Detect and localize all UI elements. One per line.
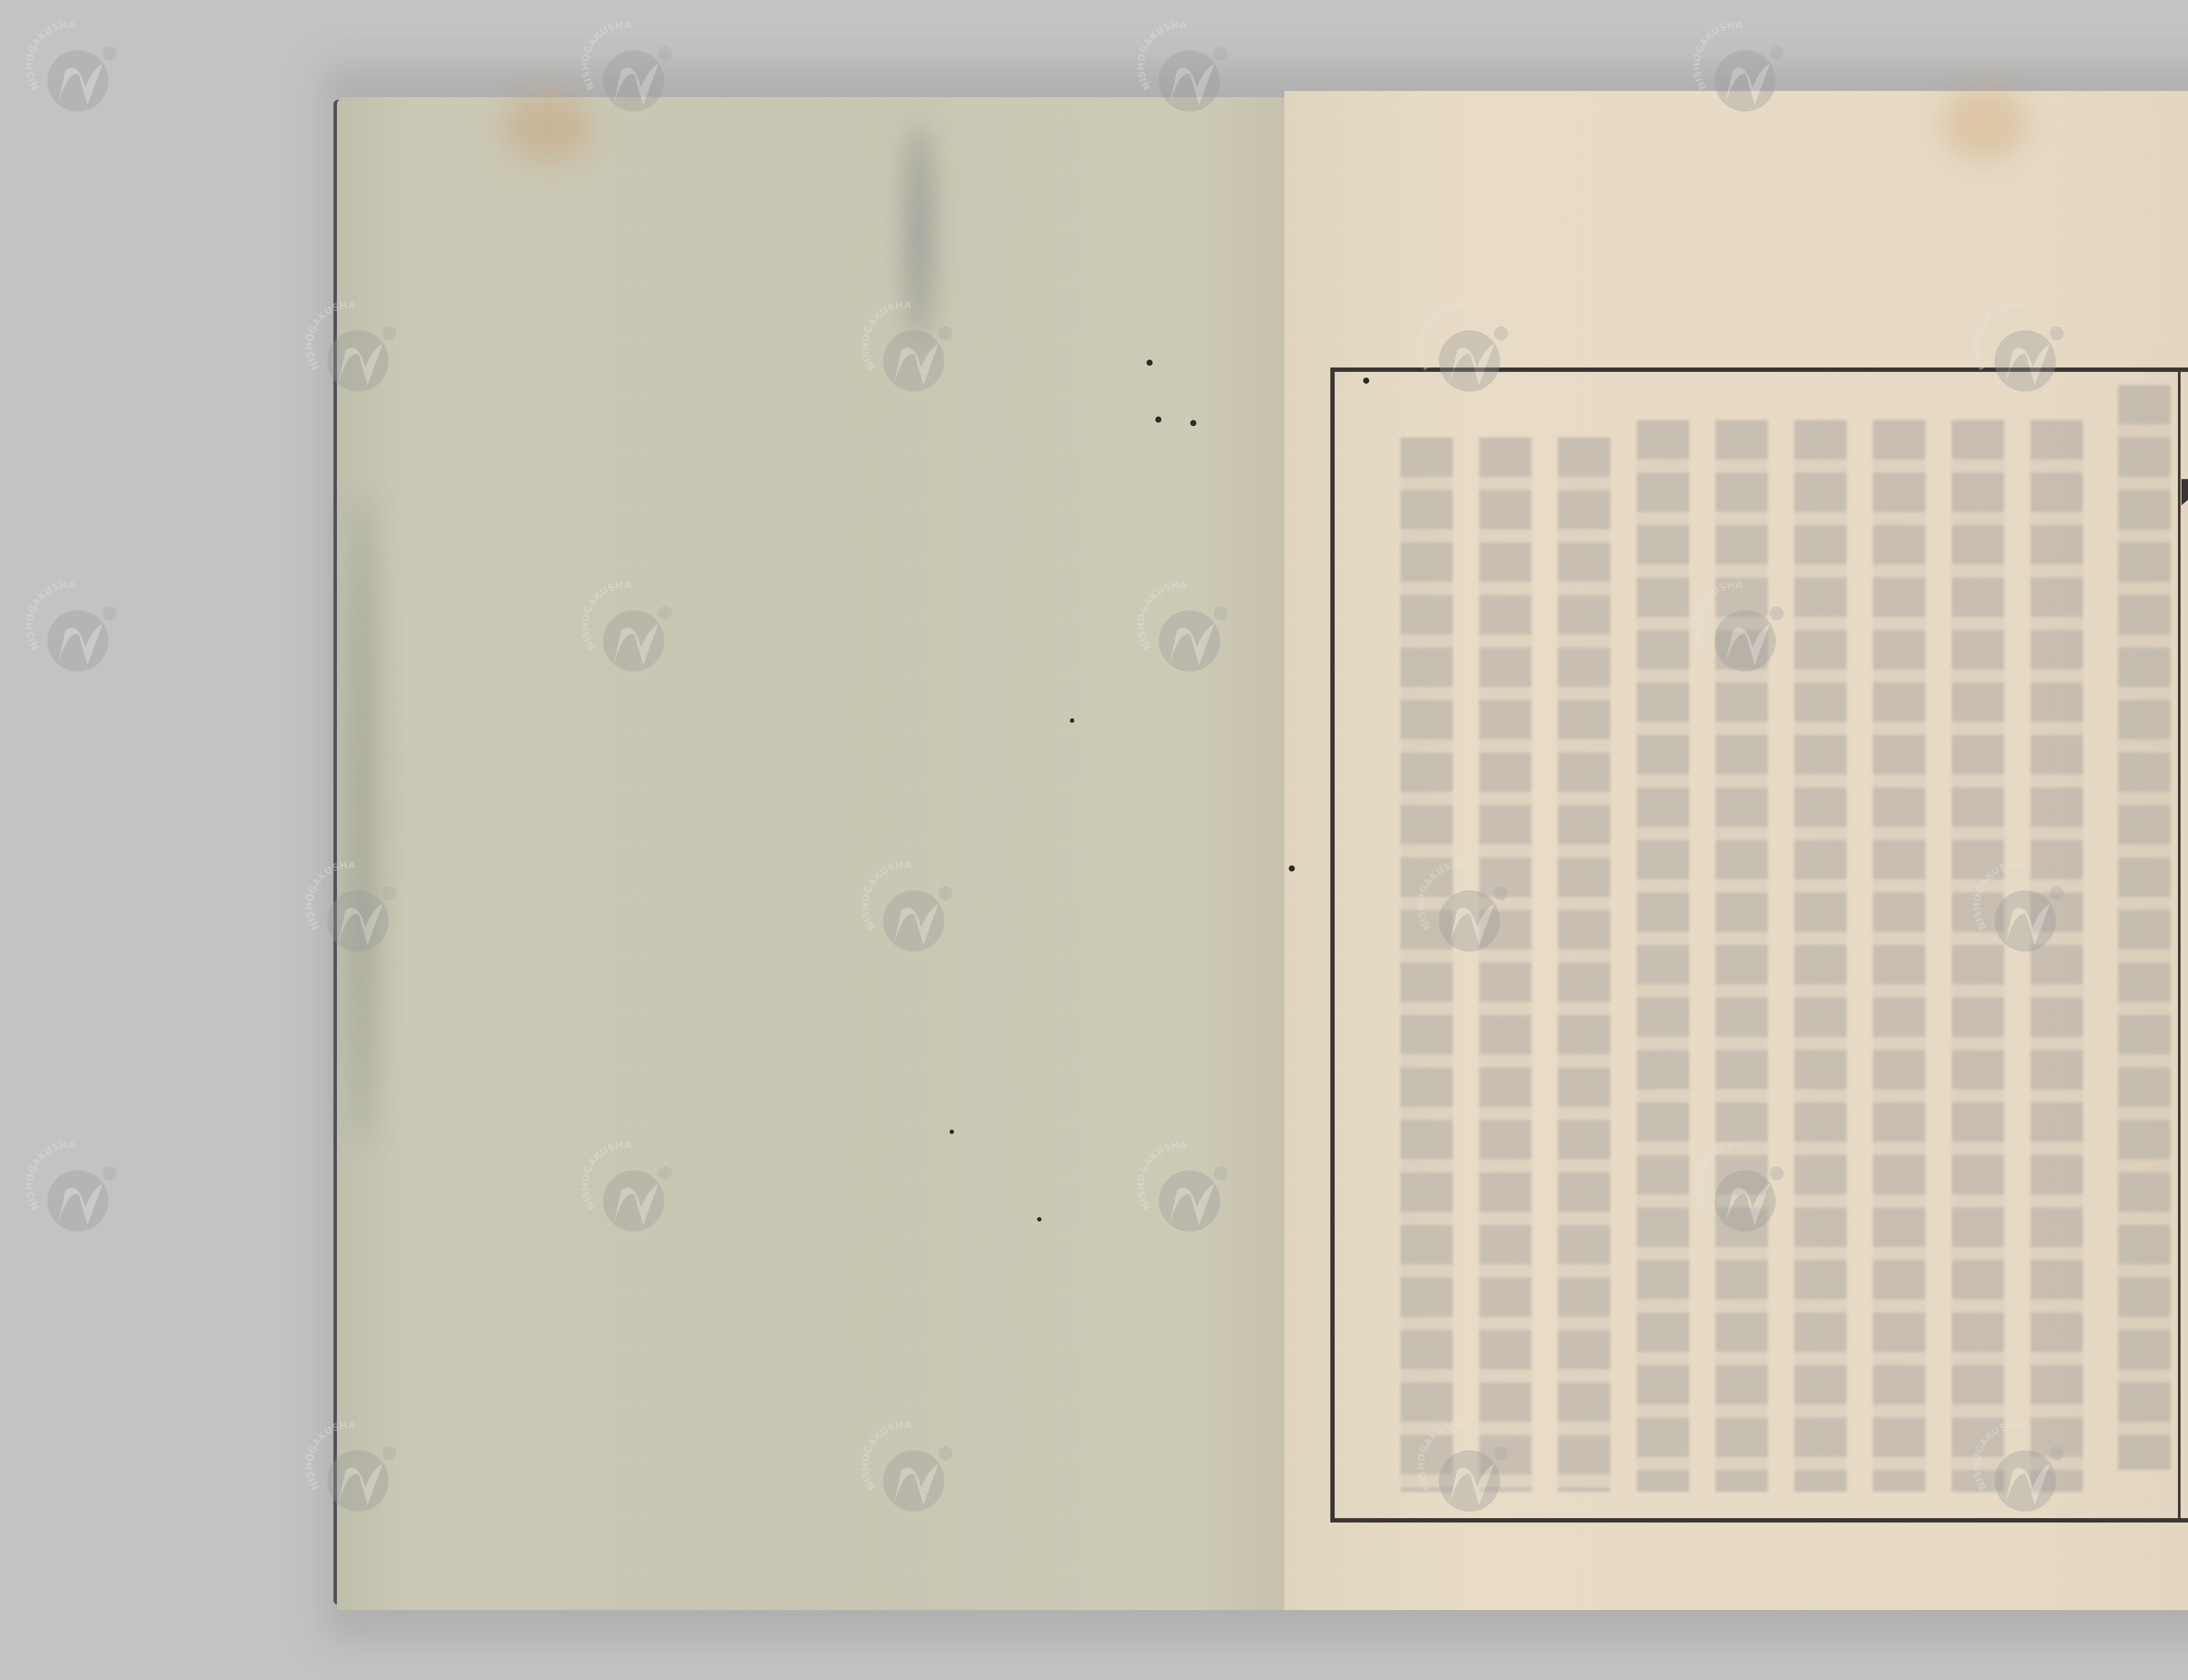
show-through-text-column: [1558, 437, 1610, 1492]
worm-hole: [1037, 1217, 1041, 1221]
show-through-text-column: [2118, 385, 2170, 1470]
worm-hole: [1070, 718, 1074, 723]
frame-bottom-border: [1330, 1518, 2188, 1522]
nishogakusha-logo-icon: NISHOGAKUSHA: [26, 1142, 123, 1238]
nishogakusha-logo-icon: NISHOGAKUSHA: [306, 862, 403, 958]
nishogakusha-logo-icon: NISHOGAKUSHA: [582, 22, 678, 118]
nishogakusha-logo-icon: NISHOGAKUSHA: [1418, 1422, 1514, 1518]
nishogakusha-logo-icon: NISHOGAKUSHA: [306, 302, 403, 398]
nishogakusha-logo-icon: NISHOGAKUSHA: [1138, 582, 1234, 678]
frame-left-border: [1330, 367, 1335, 1522]
nishogakusha-logo-icon: NISHOGAKUSHA: [1974, 302, 2070, 398]
nishogakusha-logo-icon: NISHOGAKUSHA: [1974, 862, 2070, 958]
worm-hole: [1190, 420, 1196, 426]
nishogakusha-logo-icon: NISHOGAKUSHA: [1694, 22, 1790, 118]
worm-hole: [1289, 865, 1295, 871]
show-through-text-column: [1637, 420, 1689, 1492]
nishogakusha-logo-icon: NISHOGAKUSHA: [26, 22, 123, 118]
nishogakusha-logo-icon: NISHOGAKUSHA: [862, 862, 958, 958]
worm-hole: [1363, 378, 1369, 384]
show-through-text-column: [1479, 437, 1532, 1492]
nishogakusha-logo-icon: NISHOGAKUSHA: [1138, 1142, 1234, 1238]
nishogakusha-logo-icon: NISHOGAKUSHA: [862, 1422, 958, 1518]
show-through-text-column: [1794, 420, 1847, 1492]
left-page: [337, 97, 1284, 1610]
nishogakusha-logo-icon: NISHOGAKUSHA: [862, 302, 958, 398]
nishogakusha-logo-icon: NISHOGAKUSHA: [582, 1142, 678, 1238]
nishogakusha-logo-icon: NISHOGAKUSHA: [1138, 22, 1234, 118]
show-through-text-column: [1715, 420, 1768, 1492]
nishogakusha-logo-icon: NISHOGAKUSHA: [1694, 582, 1790, 678]
worm-hole: [950, 1130, 954, 1134]
nishogakusha-logo-icon: NISHOGAKUSHA: [306, 1422, 403, 1518]
foxing-stain: [1941, 87, 2028, 161]
nishogakusha-logo-icon: NISHOGAKUSHA: [582, 582, 678, 678]
foxing-stain: [503, 93, 591, 163]
worm-hole: [1147, 360, 1153, 366]
nishogakusha-logo-icon: NISHOGAKUSHA: [1418, 302, 1514, 398]
show-through-text-column: [1400, 437, 1453, 1492]
show-through-text-column: [1873, 420, 1925, 1492]
worm-hole: [1155, 416, 1161, 423]
nishogakusha-logo-icon: NISHOGAKUSHA: [1694, 1142, 1790, 1238]
nishogakusha-logo-icon: NISHOGAKUSHA: [1974, 1422, 2070, 1518]
nishogakusha-logo-icon: NISHOGAKUSHA: [26, 582, 123, 678]
nishogakusha-logo-icon: NISHOGAKUSHA: [1418, 862, 1514, 958]
hashira-divider: [2178, 372, 2181, 1518]
binding-shadow: [350, 491, 376, 1147]
